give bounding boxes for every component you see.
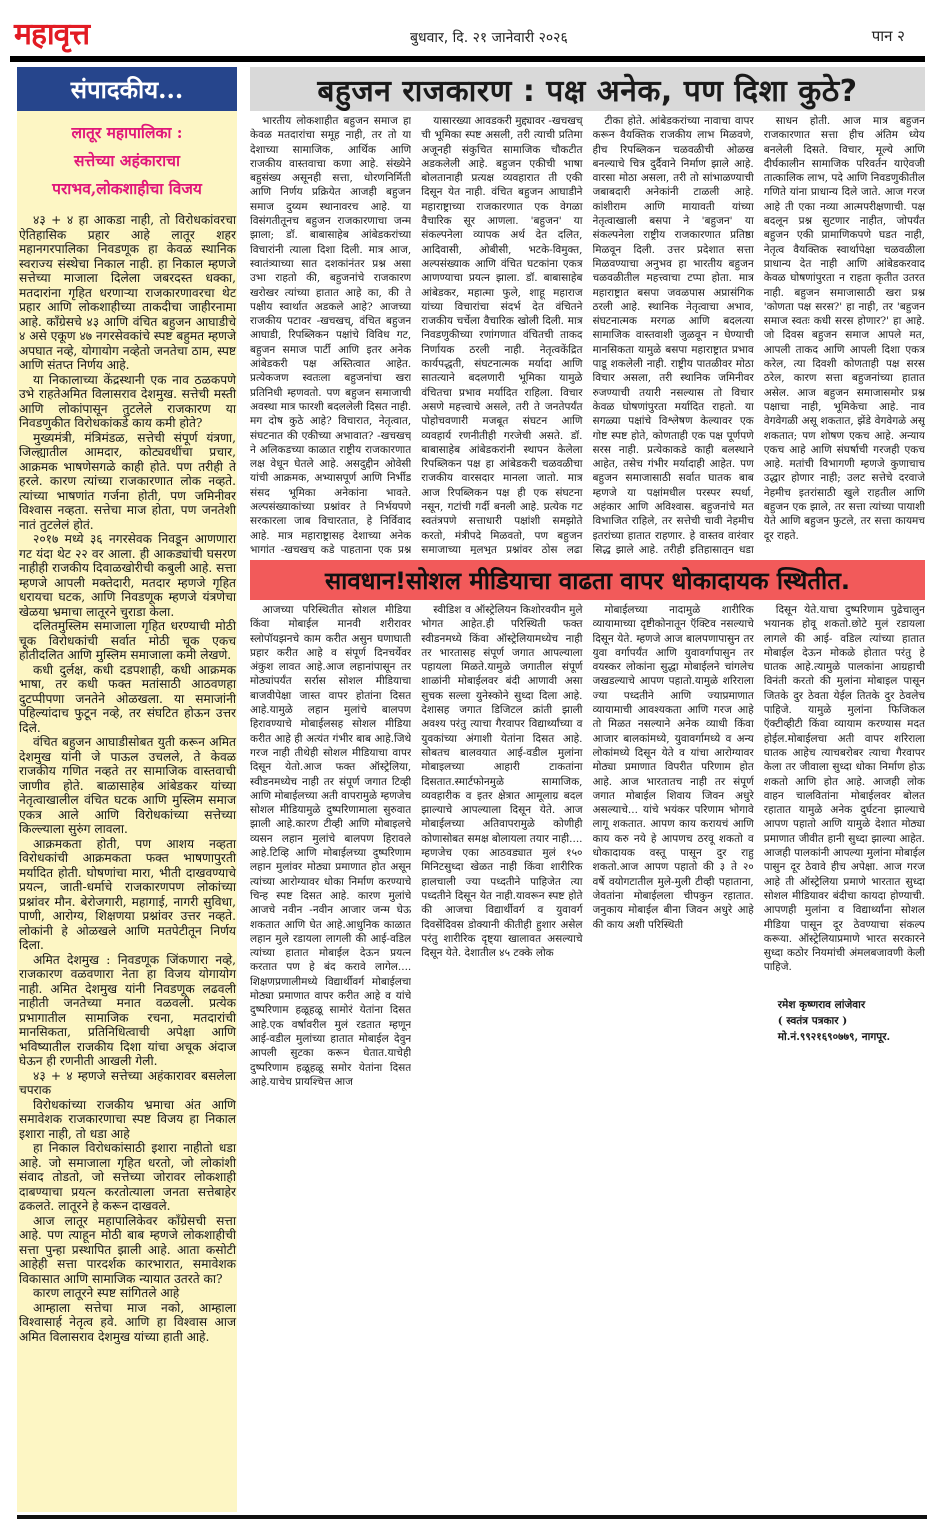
article2-headline-banner: सावधान!सोशल मीडियाचा वाढता वापर धोकादायक… — [250, 560, 925, 600]
paragraph: आक्रमकता होती, पण आशय नव्हता विरोधकांची … — [19, 837, 236, 953]
article2-column: आजच्या परिस्थितीत सोशल मीडिया किंवा मोबा… — [250, 603, 411, 1511]
bottom-rule — [17, 1515, 927, 1519]
paragraph: अमित देशमुख : निवडणूक जिंकणारा नव्हे, रा… — [19, 953, 236, 1069]
newspaper-logo: महावृत्त — [14, 18, 89, 52]
article1-column: भारतीय लोकशाहीत बहुजन समाज हा केवळ मतदार… — [250, 114, 411, 554]
page-number: पान २ — [872, 26, 905, 46]
author-name: रमेश कृष्णराव लांजेवार — [778, 997, 925, 1013]
article1-column: टीका होते. आंबेडकरांच्या नावाचा वापर करू… — [593, 114, 754, 554]
paragraph: २०१७ मध्ये ३६ नगरसेवक निवडून आणणारा गट य… — [19, 532, 236, 619]
top-rule — [10, 56, 925, 62]
paragraph: वंचित बहुजन आघाडीसोबत युती करून अमित देश… — [19, 735, 236, 837]
editorial-section: संपादकीय... लातूर महापालिका : सत्तेच्या … — [17, 67, 237, 1512]
column-text: भारतीय लोकशाहीत बहुजन समाज हा केवळ मतदार… — [250, 114, 411, 554]
article2-byline: रमेश कृष्णराव लांजेवार ( स्वतंत्र पत्रका… — [764, 997, 925, 1045]
editorial-title: लातूर महापालिका : सत्तेच्या अहंकाराचा पर… — [17, 111, 237, 203]
paragraph: मुख्यमंत्री, मंत्रिमंडळ, सत्तेची संपूर्ण… — [19, 431, 236, 533]
article1-column: यासारख्या आवडकरी मुद्द्यावर -खचखच् ची भू… — [421, 114, 582, 554]
article1-column: साधन होती. आज मात्र बहुजन राजकारणात सत्त… — [764, 114, 925, 554]
author-phone: मो.नं.९९२१६९०७७९, नागपूर. — [778, 1029, 925, 1045]
article1-body: भारतीय लोकशाहीत बहुजन समाज हा केवळ मतदार… — [250, 114, 925, 554]
article2-column: मोबाईलच्या नादामुळे शारीरिक व्यायामाच्या… — [593, 603, 754, 1511]
paragraph: आम्हाला सत्तेचा माज नको, आम्हाला विश्वास… — [19, 1301, 236, 1345]
paragraph: हा निकाल विरोधकांसाठी इशारा नाहीतो धडा आ… — [19, 1141, 236, 1214]
paragraph: ४३ + ४ हा आकडा नाही, तो विरोधकांवरचा ऐति… — [19, 213, 236, 373]
editorial-title-line: सत्तेच्या अहंकाराचा — [17, 147, 237, 175]
editorial-title-line: लातूर महापालिका : — [17, 119, 237, 147]
paragraph: कधी दुर्लक्ष, कधी दडपशाही, कधी आक्रमक भा… — [19, 663, 236, 736]
paragraph: दलितमुस्लिम समाजाला गृहित धरण्याची मोठी … — [19, 619, 236, 663]
article2-column: स्वीडिश व ऑस्ट्रेलियन किशोरवयीन मुले भोग… — [421, 603, 582, 1511]
article2-column: दिसून येते.याचा दुष्परिणाम पुढेचालुन भया… — [764, 603, 925, 1511]
column-text: दिसून येते.याचा दुष्परिणाम पुढेचालुन भया… — [764, 603, 925, 975]
column-text: टीका होते. आंबेडकरांच्या नावाचा वापर करू… — [593, 114, 754, 554]
article2-body: आजच्या परिस्थितीत सोशल मीडिया किंवा मोबा… — [250, 603, 925, 1511]
editorial-body: ४३ + ४ हा आकडा नाही, तो विरोधकांवरचा ऐति… — [17, 203, 237, 1344]
paragraph: या निकालाच्या केंद्रस्थानी एक नाव ठळकपणे… — [19, 373, 236, 431]
column-text: साधन होती. आज मात्र बहुजन राजकारणात सत्त… — [764, 114, 925, 543]
editorial-header: संपादकीय... — [17, 67, 237, 111]
author-role: ( स्वतंत्र पत्रकार ) — [778, 1013, 925, 1029]
paragraph: कारण लातूरने स्पष्ट सांगितले आहे — [19, 1286, 236, 1301]
article2-headline: सावधान!सोशल मीडियाचा वाढता वापर धोकादायक… — [325, 564, 850, 597]
paragraph: आज लातूर महापालिकेवर काँग्रेसची सत्ता आह… — [19, 1214, 236, 1287]
paragraph: विरोधकांच्या राजकीय भ्रमाचा अंत आणि समाव… — [19, 1098, 236, 1142]
masthead: महावृत्त बुधवार, दि. २१ जानेवारी २०२६ पा… — [10, 18, 935, 56]
article1-headline: बहुजन राजकारण : पक्ष अनेक, पण दिशा कुठे? — [317, 69, 857, 110]
column-text: स्वीडिश व ऑस्ट्रेलियन किशोरवयीन मुले भोग… — [421, 603, 582, 960]
column-text: मोबाईलच्या नादामुळे शारीरिक व्यायामाच्या… — [593, 603, 754, 932]
article1-headline-banner: बहुजन राजकारण : पक्ष अनेक, पण दिशा कुठे? — [250, 67, 925, 111]
editorial-title-line: पराभव,लोकशाहीचा विजय — [17, 175, 237, 203]
column-text: आजच्या परिस्थितीत सोशल मीडिया किंवा मोबा… — [250, 603, 411, 1089]
column-text: यासारख्या आवडकरी मुद्द्यावर -खचखच् ची भू… — [421, 114, 582, 554]
paragraph: ४३ + ४ म्हणजे सत्तेच्या अहंकारावर बसलेला… — [19, 1069, 236, 1098]
issue-date: बुधवार, दि. २१ जानेवारी २०२६ — [410, 28, 568, 47]
